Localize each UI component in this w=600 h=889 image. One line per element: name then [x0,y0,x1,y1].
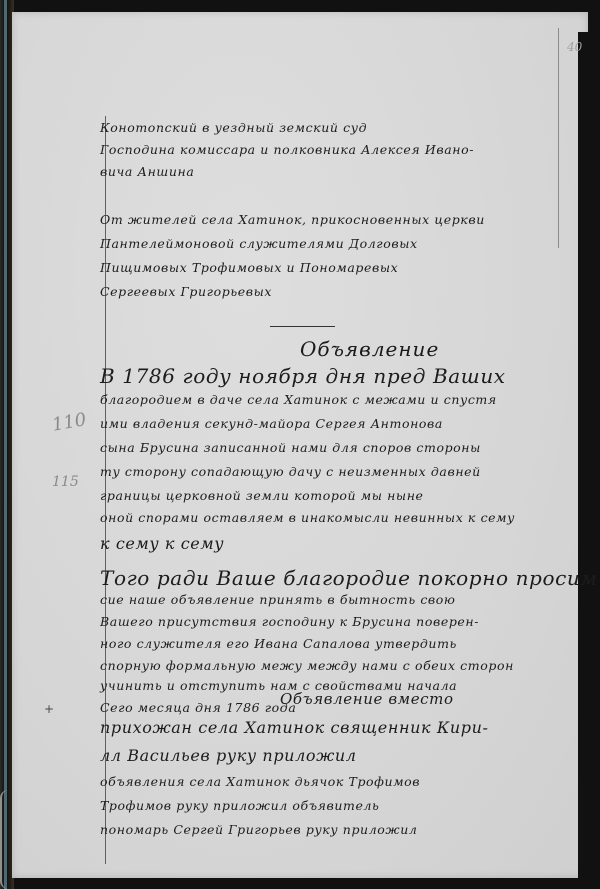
date-line: Сего месяца дня 1786 года [100,700,296,715]
header-line: Господина комиссара и полковника Алексея… [100,142,474,157]
signature-line: пономарь Сергей Григорьев руку приложил [100,822,417,837]
body-line: Того ради Ваше благородие покорно просим [100,566,598,590]
signature-line: прихожан села Хатинок священник Кири- [100,718,489,737]
petitioner-line: От жителей села Хатинок, прикосновенных … [100,212,485,227]
binding-spine [4,0,7,889]
margin-note: 115 [52,474,79,490]
header-line: Конотопский в уездный земский суд [100,120,367,135]
petitioner-line: Пантелеймоновой служителями Долговых [100,236,418,251]
body-line: сына Брусина записанной нами для споров … [100,440,481,455]
signature-line: объявления села Хатинок дьячок Трофимов [100,774,420,789]
margin-cross-mark: + [44,702,54,716]
margin-note: 110 [50,409,87,436]
header-line: вича Аншина [100,164,194,179]
body-line: ими владения секунд-майора Сергея Антоно… [100,416,443,431]
body-line: благородием в даче села Хатинок с межами… [100,392,497,407]
body-line: к сему к сему [100,534,224,553]
body-line: спорную формальную межу между нами с обе… [100,658,514,673]
petitioner-line: Пищимовых Трофимовых и Пономаревых [100,260,398,275]
signature-line: Трофимов руку приложил объявитель [100,798,379,813]
body-line: оной спорами оставляем в инакомысли неви… [100,510,515,525]
right-margin-rule [558,28,559,248]
title-overline [270,326,335,327]
folio-number: 40 [567,40,582,54]
page-shadow-edge [578,32,588,878]
petitioner-line: Сергеевых Григорьевых [100,284,272,299]
body-line: Вашего присутствия господину к Брусина п… [100,614,479,629]
body-line: ного служителя его Ивана Сапалова утверд… [100,636,457,651]
body-line: границы церковной земли которой мы ныне [100,488,424,503]
body-line: сие наше объявление принять в бытность с… [100,592,456,607]
body-line: ту сторону сопадающую дачу с неизменных … [100,464,481,479]
body-line: В 1786 году ноября дня пред Ваших [100,364,506,388]
signature-heading: Объявление вместо [280,690,454,708]
signature-line: лл Васильев руку приложил [100,746,357,765]
document-title: Объявление [300,337,439,361]
